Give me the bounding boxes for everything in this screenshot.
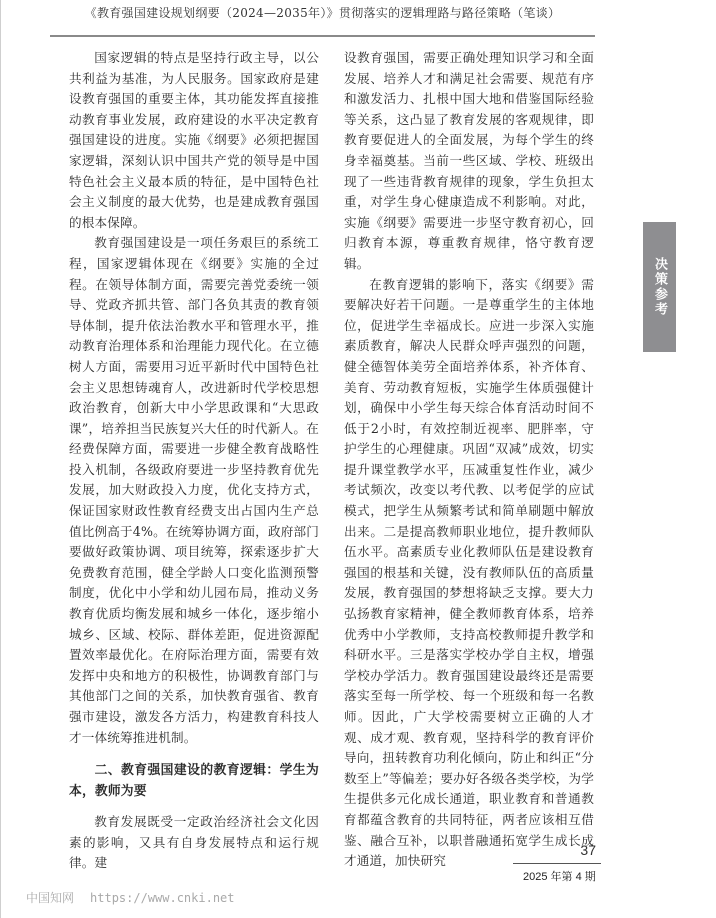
running-title: 《教育强国建设规划纲要（2024—2035年）》贯彻落实的逻辑理路与路径策略（笔…	[50, 4, 595, 21]
section-side-tab: 决策参考	[643, 222, 676, 352]
paragraph-continuation: 设教育强国，需要正确处理知识学习和全面发展、培养人才和满足社会需要、规范有序和激…	[344, 48, 594, 275]
issue-label: 2025 年第 4 期	[523, 868, 596, 884]
header-rule	[50, 35, 595, 37]
paragraph: 教育发展既受一定政治经济社会文化因素的影响，又具有自身发展特点和运行规律。建	[69, 812, 319, 874]
paragraph: 国家逻辑的特点是坚持行政主导，以公共利益为基准，为人民服务。国家政府是建设教育强…	[69, 48, 319, 233]
paragraph: 在教育逻辑的影响下，落实《纲要》需要解决好若干问题。一是尊重学生的主体地位，促进…	[344, 275, 594, 872]
watermark-url[interactable]: https://www.cnki.net	[90, 891, 235, 905]
footer-rule	[513, 863, 601, 864]
paragraph: 教育强国建设是一项任务艰巨的系统工程，国家逻辑体现在《纲要》实施的全过程。在领导…	[69, 233, 319, 748]
section-heading: 二、教育强国建设的教育逻辑：学生为本，教师为要	[69, 760, 319, 802]
cnki-watermark: 中国知网https://www.cnki.net	[26, 889, 235, 906]
page-number: 37	[520, 842, 596, 858]
right-column: 设教育强国，需要正确处理知识学习和全面发展、培养人才和满足社会需要、规范有序和激…	[344, 48, 594, 872]
left-column: 国家逻辑的特点是坚持行政主导，以公共利益为基准，为人民服务。国家政府是建设教育强…	[69, 48, 319, 874]
watermark-site: 中国知网	[26, 891, 74, 905]
page-edge-line	[0, 0, 1, 918]
side-tab-label: 决策参考	[650, 257, 669, 317]
